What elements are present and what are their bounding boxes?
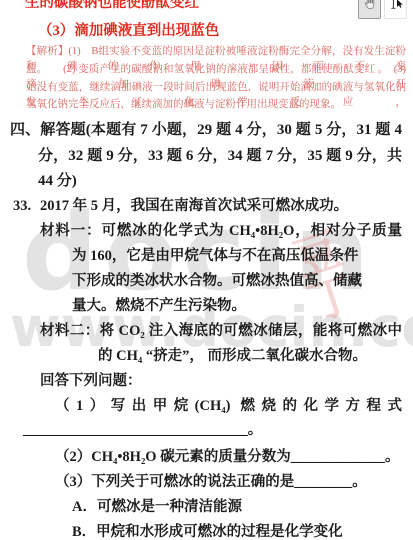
red-answer-line-2: （3）滴加碘液直到出现蓝色 — [38, 21, 219, 42]
subquestion-3-text: （3）下列关于可燃冰的说法正确的是 — [55, 474, 294, 490]
material1-line-1: 材料一：可燃冰的化学式为 CH₄•8H₂O，相对分子质量 — [40, 221, 402, 242]
analysis-line-4: 氢氧化钠完全反应后，继续滴加的碘液与淀粉作用出现变蓝的现象。 — [26, 97, 341, 112]
answer-blank: _______________________________ — [23, 422, 248, 438]
question-intro: 2017 年 5 月，我国在南海首次试采可燃冰成功。 — [40, 198, 348, 214]
period: 。 — [385, 449, 400, 465]
section-heading-line-1: 四、解答题(本题有 7 小题，29 题 4 分，30 题 5 分，31 题 4 — [10, 120, 402, 141]
text-select-cursor-icon — [388, 0, 404, 16]
section-heading-line-2: 分，32 题 9 分，33 题 6 分，34 题 7 分，35 题 9 分，共 — [38, 146, 402, 167]
material2-line-1: 材料二：将 CO₂ 注入海底的可燃冰储层，能将可燃冰中 — [40, 321, 402, 342]
subquestion-1: （1）写出甲烷(CH₄) 燃烧的化学方程式 — [55, 396, 402, 417]
period: 。 — [248, 422, 263, 438]
section-heading-line-3: 44 分) — [38, 171, 77, 192]
subquestion-1-answer-line: _______________________________。 — [23, 420, 262, 441]
subquestion-3: （3）下列关于可燃冰的说法正确的是________。 — [55, 472, 367, 493]
subquestion-2: （2）CH₄•8H₂O 碳元素的质量分数为_____________。 — [55, 447, 399, 468]
document-page: docin www.docin.com 豆丁 生的碳酸钠也能使酚酞变红 （3）滴… — [0, 0, 413, 540]
question-intro-line: 33.2017 年 5 月，我国在南海首次试采可燃冰成功。 — [13, 196, 348, 217]
hand-tool-button[interactable] — [358, 0, 381, 19]
text-select-tool-button[interactable] — [384, 0, 407, 19]
hand-icon — [362, 0, 378, 16]
answer-prompt: 回答下列问题： — [40, 371, 142, 392]
question-number: 33. — [13, 196, 40, 217]
option-b: B．甲烷和水形成可燃冰的过程是化学变化 — [72, 522, 343, 540]
period: 。 — [352, 474, 367, 490]
red-answer-line-1: 生的碳酸钠也能使酚酞变红 — [25, 0, 199, 14]
material1-line-3: 下形成的类冰状水合物。可燃冰热值高、储藏 — [72, 271, 362, 292]
subquestion-2-text: （2）CH₄•8H₂O 碳元素的质量分数为 — [55, 449, 291, 465]
answer-blank: ________ — [294, 474, 352, 490]
material1-line-4: 量大。燃烧不产生污染物。 — [72, 296, 246, 317]
answer-blank: _____________ — [291, 449, 385, 465]
option-a: A．可燃冰是一种清洁能源 — [72, 497, 242, 518]
material1-line-2: 为 160，它是由甲烷气体与不在高压低温条件 — [72, 246, 358, 267]
material2-line-2: 的 CH₄ “挤走”， 而形成二氧化碳水合物。 — [98, 346, 367, 367]
